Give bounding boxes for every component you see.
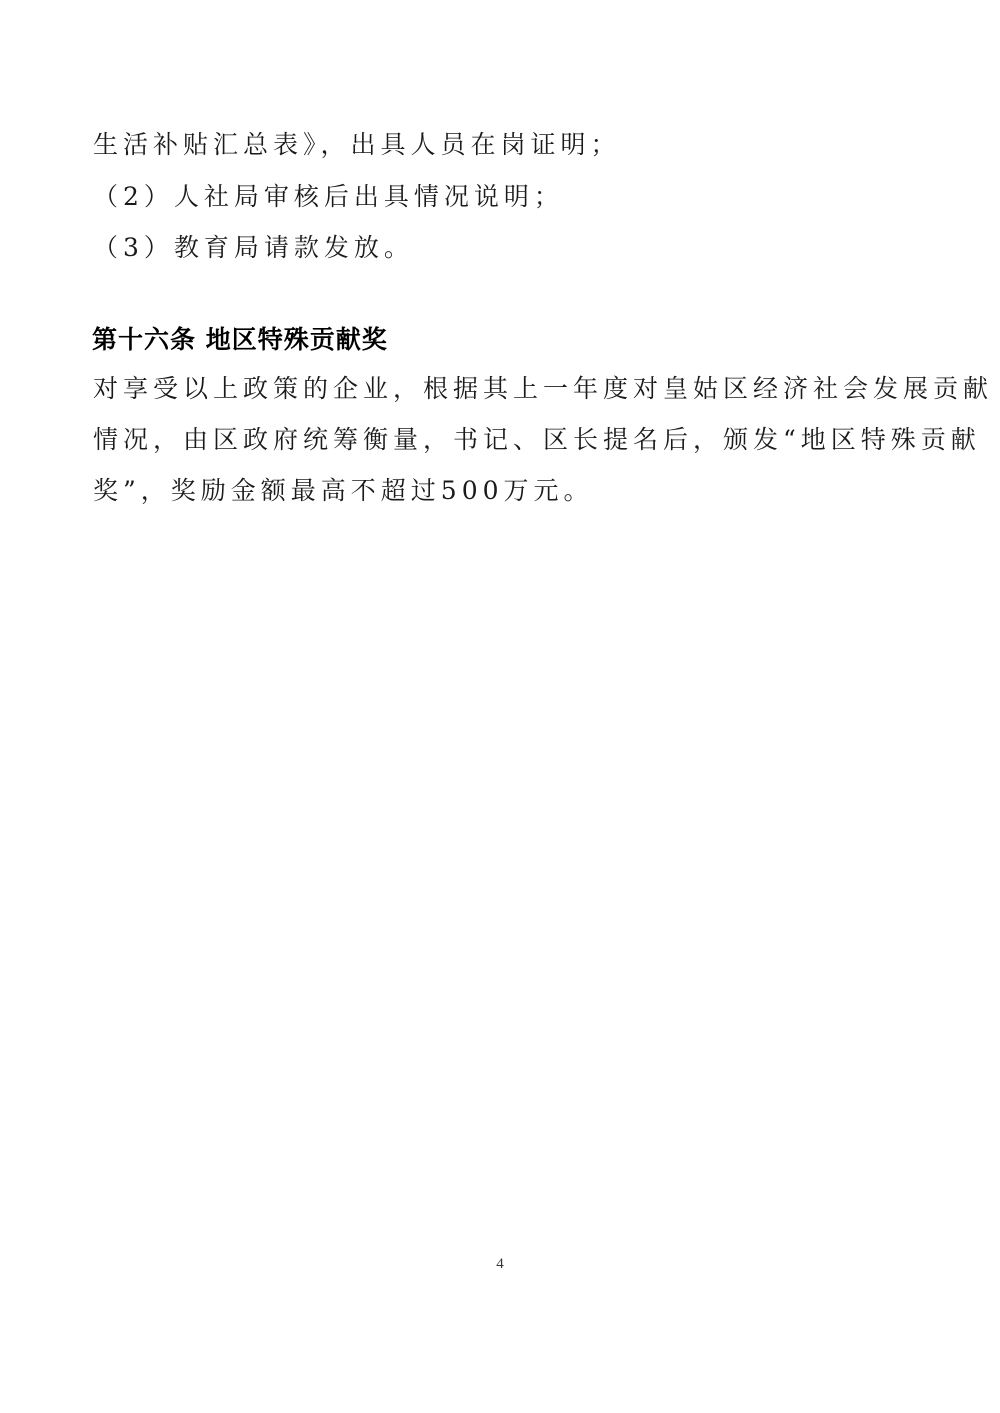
article-body-line-2: 情况，由区政府统筹衡量，书记、区长提名后，颁发“地区特殊贡献	[93, 425, 981, 455]
list-item-3: （3）教育局请款发放。	[93, 233, 414, 263]
article-body-line-1: 对享受以上政策的企业，根据其上一年度对皇姑区经济社会发展贡献	[93, 374, 993, 404]
article-heading: 第十六条 地区特殊贡献奖	[92, 325, 388, 355]
list-item-2: （2）人社局审核后出具情况说明；	[93, 182, 564, 212]
continuation-line-1: 生活补贴汇总表》，出具人员在岗证明；	[93, 130, 621, 160]
page-number: 4	[0, 1256, 1000, 1273]
document-page: 生活补贴汇总表》，出具人员在岗证明； （2）人社局审核后出具情况说明； （3）教…	[0, 0, 1000, 1413]
article-body-line-3: 奖”，奖励金额最高不超过500万元。	[93, 476, 594, 506]
